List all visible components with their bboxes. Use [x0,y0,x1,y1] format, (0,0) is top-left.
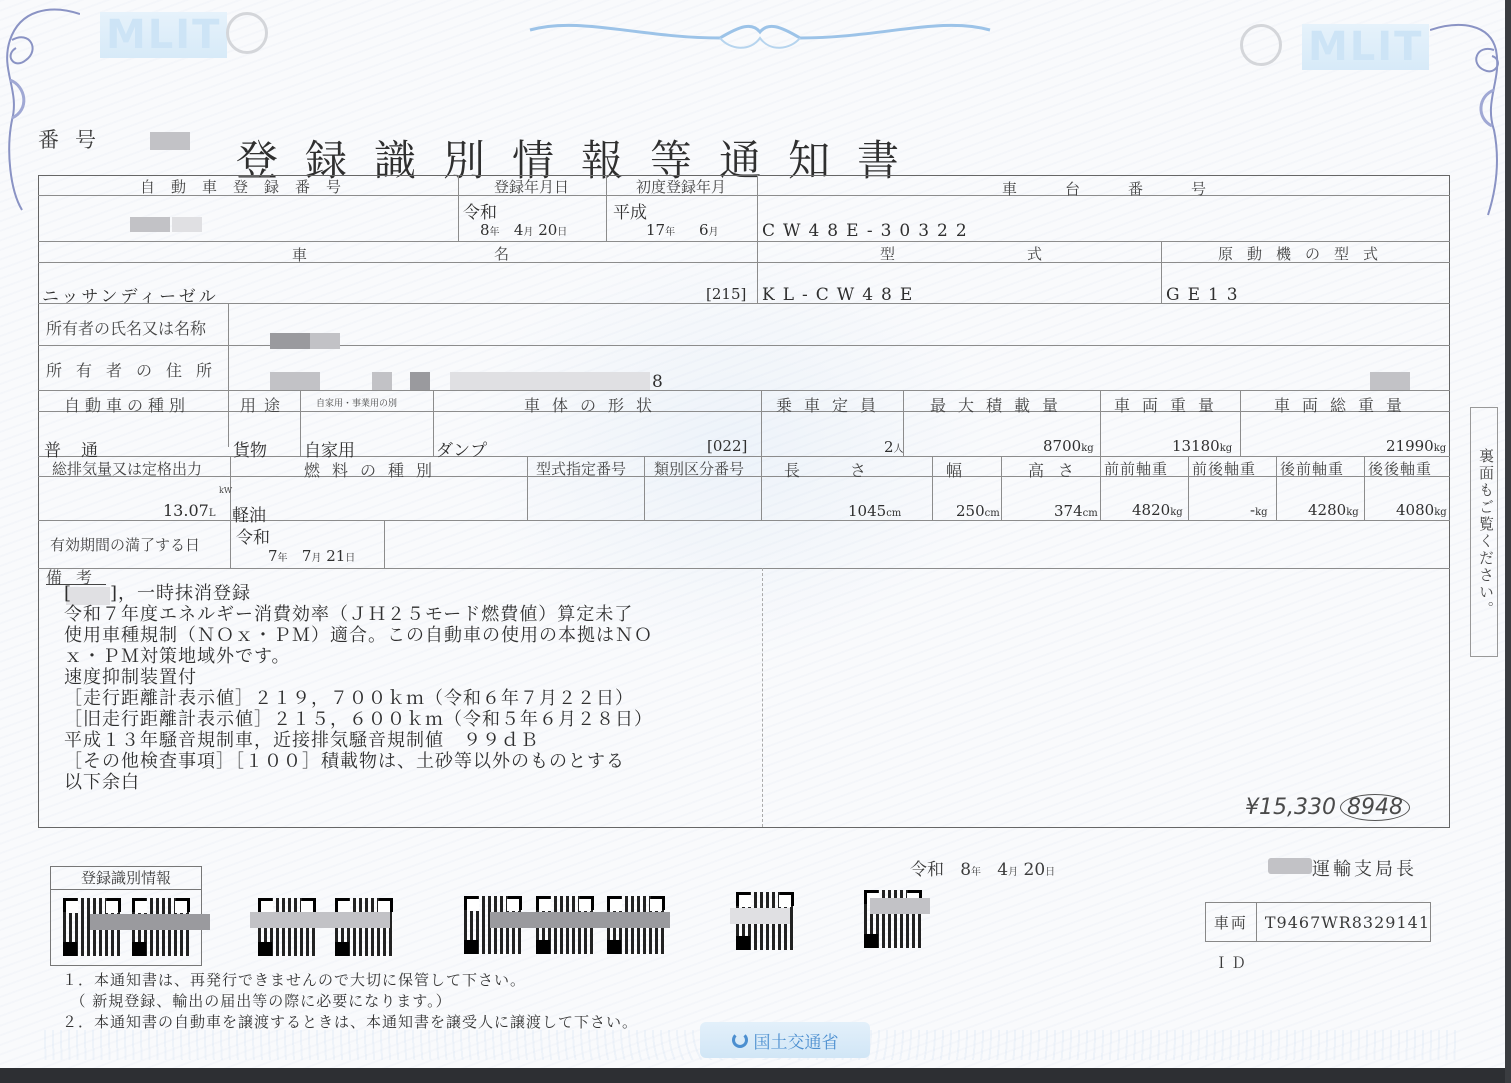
length: 1045cm [848,502,901,520]
reg-date-day: 20 [538,221,557,239]
issuer-title: 運輸支局長 [1312,855,1417,881]
max-load: 8700kg [1043,437,1094,455]
remark-line: 令和７年度エネルギー消費効率（ＪＨ２５モード燃費値）算定未了 [64,604,653,625]
fee-amount: ¥15,330 [1245,795,1336,820]
note-line: （ 新規登録、輸出の届出等の際に必要になります。） [62,991,638,1012]
unit: 日 [1045,867,1055,878]
divider [38,568,1450,569]
issue-month: 4 [997,860,1008,880]
reg-date-label: 登録年月日 [494,176,569,197]
vehicle-id-value: T9467WR8329141 [1257,913,1430,932]
vehicle-type-label: 自動車の種別 [64,393,190,416]
remark-line: [ ]，一時抹消登録 [64,583,653,604]
unit: kg [1434,507,1446,518]
unit: 年 [665,227,675,238]
reg-date-month: 4 [514,221,524,239]
unit: kg [1220,443,1232,454]
redacted-owner-address [270,372,320,390]
see-reverse-note: 裏面もご覧ください。 [1470,407,1498,657]
displacement-unit-kw: kW [219,486,232,495]
capacity-value: 2 [884,438,894,456]
ministry-name: 国土交通省 [754,1028,839,1053]
car-name: ニッサンディーゼル [42,282,219,307]
issue-era: 令和 [910,860,944,880]
rf-axle-label: 後前軸重 [1280,458,1344,479]
car-name-label-1: 車 [292,244,307,265]
expiry-date: 7年 7月 21日 [268,547,355,565]
top-ornament-icon [520,8,1000,58]
divider [1161,241,1162,303]
unit: 人 [894,444,904,455]
redacted-qr-data [730,908,790,924]
redacted-owner-address [372,372,392,390]
vehicle-id-box: 車両ＩＤ T9467WR8329141 [1205,902,1431,942]
use: 貨物 [233,436,267,461]
unit: cm [886,508,901,519]
divider [38,241,1450,242]
redacted-qr-data [490,912,670,928]
fr-axle: -kg [1250,501,1268,519]
unit: 月 [1008,867,1018,878]
registration-info-title: 登録識別情報 [51,867,201,890]
rf-axle: 4280kg [1308,501,1359,519]
ff-axle-label: 前前軸重 [1104,458,1168,479]
ff-axle: 4820kg [1132,501,1183,519]
redacted-owner-name [270,333,310,349]
fuel-label: 燃料の種別 [304,458,444,481]
private-business-label: 自家用・事業用の別 [316,396,397,409]
first-reg-value: 17年 6月 [646,221,718,239]
divider [38,345,1450,346]
model-code: [215] [706,285,746,303]
divider [932,456,933,520]
issue-year: 8 [960,860,971,880]
height-value: 374 [1054,502,1083,520]
unit: cm [1083,508,1098,519]
handwritten-fee: ¥15,3308948 [1245,794,1410,821]
unit: kg [1346,507,1358,518]
redacted-qr-data [90,914,210,930]
scan-edge-bottom [0,1068,1511,1083]
type-designation-label: 型式指定番号 [536,458,626,479]
body-shape-label: 車体の形状 [524,393,664,416]
emblem-icon-right [1240,24,1282,66]
max-load-label: 最大積載量 [930,393,1070,416]
divider [1100,390,1101,520]
max-load-value: 8700 [1043,437,1081,455]
rr-axle-value: 4080 [1396,501,1434,519]
unit: kg [1081,443,1093,454]
reg-date-value: 8年 4月 20日 [480,221,567,239]
issue-day: 20 [1024,860,1046,880]
table-border-right [1449,175,1450,827]
model-label-2: 式 [1027,243,1042,264]
redacted-reg-number [172,217,202,232]
divider [384,520,385,568]
gross-weight-label: 車両総重量 [1274,393,1414,416]
table-border-left [38,175,39,827]
divider [1276,456,1277,520]
height-label: 高さ [1028,458,1088,481]
engine-model-label: 原動機の型式 [1218,243,1392,264]
unit: 月 [311,553,321,564]
scan-edge-right [1505,0,1511,1083]
first-reg-year: 17 [646,221,665,239]
expiry-day: 21 [326,547,345,565]
reg-date-era: 令和 [463,198,497,223]
fr-axle-label: 前後軸重 [1192,458,1256,479]
rr-axle-label: 後後軸重 [1368,458,1432,479]
unit: kg [1434,443,1446,454]
divider [606,175,607,241]
width-value: 250 [956,502,985,520]
mlit-logo-right: MLIT [1302,24,1429,70]
unit: 年 [971,867,981,878]
vehicle-weight-label: 車両重量 [1114,393,1226,416]
divider [1364,456,1365,520]
model-label-1: 型 [880,243,895,264]
document-number-label: 番号 [38,124,112,154]
divider [458,175,459,241]
unit: kg [1170,507,1182,518]
divider [230,456,231,568]
remark-line: 速度抑制装置付 [64,667,653,688]
remark-line: 使用車種規制（ＮＯｘ・ＰＭ）適合。この自動車の使用の本拠はＮＯ [64,625,653,646]
gross-weight-value: 21990 [1386,437,1434,455]
reg-number-label: 自動車登録番号 [140,176,357,197]
note-line: １．本通知書は、再発行できませんので大切に保管して下さい。 [62,970,638,991]
corner-ornament-left-icon [0,0,80,220]
unit: 日 [557,227,567,238]
table-border-bottom [38,827,1450,828]
vehicle-weight-value: 13180 [1172,437,1220,455]
remark-line: ［その他検査事項］［１００］積載物は、土砂等以外のものとする [64,751,653,772]
reg-date-year: 8 [480,221,490,239]
width-label: 幅 [946,458,962,481]
capacity: 2人 [884,438,904,456]
unit: 年 [278,553,288,564]
emblem-icon-left [226,12,268,54]
vehicle-model: KL-CW48E [762,285,920,305]
unit: 日 [345,553,355,564]
redacted-qr-data [250,912,390,928]
expiry-month: 7 [302,547,312,565]
divider [228,303,229,447]
divider [644,456,645,520]
redacted-owner-address [1370,372,1410,390]
vehicle-weight: 13180kg [1172,437,1232,455]
divider [761,390,762,520]
ff-axle-value: 4820 [1132,501,1170,519]
length-value: 1045 [848,502,886,520]
displacement: 13.07L [163,501,215,520]
expiry-year: 7 [268,547,278,565]
divider [1240,390,1241,456]
redacted-owner-address [410,372,430,390]
rr-axle: 4080kg [1396,501,1447,519]
redacted-qr-data [870,898,930,914]
ministry-badge: 国土交通省 [700,1022,870,1058]
length-label: 長さ [784,458,916,481]
unit: 月 [708,227,718,238]
redacted-owner-address [450,372,650,390]
expiry-era: 令和 [236,523,270,548]
capacity-label: 乗車定員 [776,393,888,416]
mlit-logo-left: MLIT [100,12,227,58]
divider [300,390,301,456]
body-shape-code: [022] [707,437,747,455]
chassis-number-label: 車台番号 [1002,178,1254,199]
circled-number: 8948 [1340,794,1410,821]
unit: 年 [490,227,500,238]
corner-ornament-right-icon [1430,0,1510,220]
divider [38,390,1450,391]
unit: kg [1255,507,1267,518]
remark-line: ［旧走行距離計表示値］２１５，６００ｋｍ（令和５年６月２８日） [64,709,653,730]
first-reg-era: 平成 [613,198,647,223]
divider [1188,456,1189,520]
remark-line: ｘ・ＰＭ対策地域外です。 [64,646,653,667]
issue-date: 令和 8年 4月 20日 [910,855,1055,880]
engine-model: GE13 [1166,285,1246,305]
height: 374cm [1054,502,1098,520]
remarks-list: [ ]，一時抹消登録 令和７年度エネルギー消費効率（ＪＨ２５モード燃費値）算定未… [64,583,653,793]
divider [1001,456,1002,520]
ministry-logo-icon [732,1032,748,1048]
divider [757,175,758,303]
first-reg-label: 初度登録年月 [636,176,726,197]
owner-address-label: 所有者の住所 [46,358,226,381]
divider [433,390,434,456]
category-number-label: 類別区分番号 [654,458,744,479]
gross-weight: 21990kg [1386,437,1446,455]
chassis-number: CW48E-30322 [762,221,975,241]
unit: L [209,508,216,519]
redacted-issuer-office [1268,858,1312,874]
owner-address-tail: 8 [652,372,663,392]
remark-line: 平成１３年騒音規制車，近接排気騒音規制値 ９９ｄＢ [64,730,653,751]
notes-list: １．本通知書は、再発行できませんので大切に保管して下さい。 （ 新規登録、輸出の… [62,970,638,1033]
car-name-label-2: 名 [494,243,509,264]
rf-axle-value: 4280 [1308,501,1346,519]
unit: cm [985,508,1000,519]
redacted-owner-name [310,333,340,349]
displacement-value: 13.07 [163,501,209,520]
redacted-document-number [150,132,190,150]
use-label: 用途 [240,393,288,416]
remark-line: ［走行距離計表示値］２１９，７００ｋｍ（令和６年７月２２日） [64,688,653,709]
divider [527,456,528,520]
divider [762,568,764,827]
expiry-label: 有効期間の満了する日 [50,534,200,555]
owner-name-label: 所有者の氏名又は名称 [46,316,206,339]
unit: 月 [523,227,533,238]
width: 250cm [956,502,1000,520]
vehicle-id-label: 車両ＩＤ [1206,903,1257,941]
redacted-reg-number [130,217,170,232]
remark-line: 以下余白 [64,772,653,793]
displacement-label: 総排気量又は定格出力 [52,458,202,479]
